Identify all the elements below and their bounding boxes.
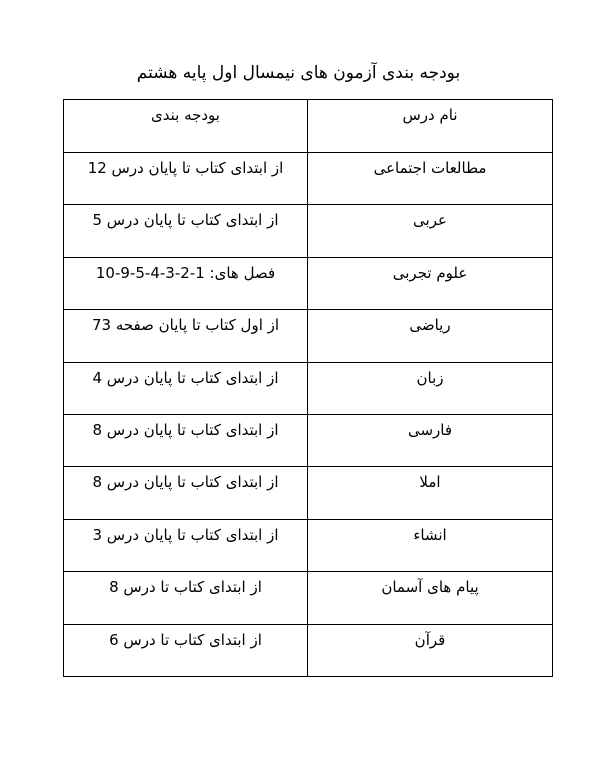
table-row: زبان از ابتدای کتاب تا پایان درس 4 [64,362,553,414]
table-row: قرآن از ابتدای کتاب تا درس 6 [64,624,553,676]
course-name-cell: انشاء [308,519,553,571]
table-row: مطالعات اجتماعی از ابتدای کتاب تا پایان … [64,153,553,205]
table-row: انشاء از ابتدای کتاب تا پایان درس 3 [64,519,553,571]
budget-cell: از ابتدای کتاب تا پایان درس 4 [64,362,308,414]
budget-cell: از ابتدای کتاب تا پایان درس 5 [64,205,308,257]
page-title: بودجه بندی آزمون های نیمسال اول پایه هشت… [0,62,597,86]
table-row: علوم تجربی فصل های: 1‏-2‏-3‏-4‏-5‏-9‏-10 [64,257,553,309]
course-name-cell: فارسی [308,414,553,466]
budget-cell: از ابتدای کتاب تا درس 8 [64,572,308,624]
course-name-cell: قرآن [308,624,553,676]
budget-header: بودجه بندی [64,100,308,153]
budget-cell: از ابتدای کتاب تا پایان درس 8 [64,467,308,519]
table-row: پیام های آسمان از ابتدای کتاب تا درس 8 [64,572,553,624]
course-name-cell: املا [308,467,553,519]
budget-cell: از ابتدای کتاب تا پایان درس 3 [64,519,308,571]
course-name-cell: عربی [308,205,553,257]
budget-table: نام درس بودجه بندی مطالعات اجتماعی از اب… [63,99,553,677]
budget-cell: از ابتدای کتاب تا پایان درس 8 [64,414,308,466]
course-name-cell: مطالعات اجتماعی [308,153,553,205]
course-name-cell: زبان [308,362,553,414]
budget-cell: فصل های: 1‏-2‏-3‏-4‏-5‏-9‏-10 [64,257,308,309]
table-row: فارسی از ابتدای کتاب تا پایان درس 8 [64,414,553,466]
course-name-cell: پیام های آسمان [308,572,553,624]
table-row: عربی از ابتدای کتاب تا پایان درس 5 [64,205,553,257]
course-name-cell: علوم تجربی [308,257,553,309]
table-header-row: نام درس بودجه بندی [64,100,553,153]
budget-cell: از اول کتاب تا پایان صفحه 73 [64,310,308,362]
table-row: املا از ابتدای کتاب تا پایان درس 8 [64,467,553,519]
course-name-header: نام درس [308,100,553,153]
budget-cell: از ابتدای کتاب تا پایان درس 12 [64,153,308,205]
table-row: ریاضی از اول کتاب تا پایان صفحه 73 [64,310,553,362]
course-name-cell: ریاضی [308,310,553,362]
budget-cell: از ابتدای کتاب تا درس 6 [64,624,308,676]
